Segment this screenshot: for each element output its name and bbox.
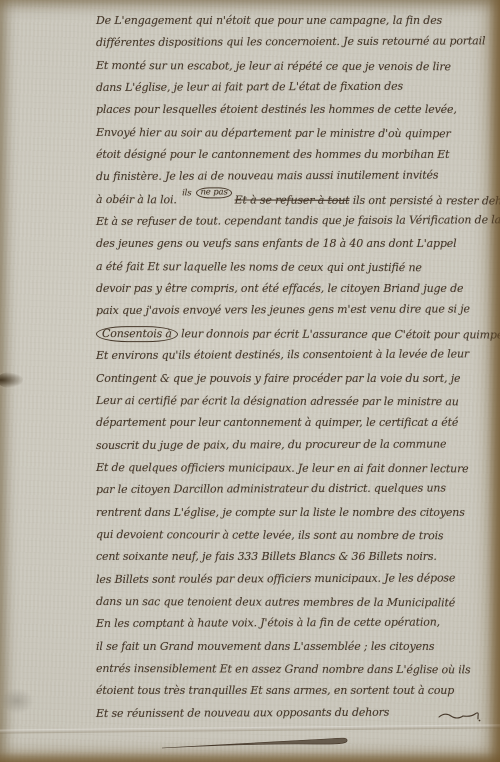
manuscript-line: paix que j'avois envoyé vers les jeunes …	[96, 299, 492, 323]
manuscript-line: Et environs qu'ils étoient destinés, ils…	[96, 343, 492, 367]
paper-tear	[0, 372, 23, 388]
manuscript-line: étoient tous très tranquilles Et sans ar…	[96, 680, 492, 702]
manuscript-segment: différentes dispositions qui les concern…	[96, 35, 485, 50]
manuscript-line: il se fait un Grand mouvement dans L'ass…	[96, 636, 492, 658]
manuscript-line: qui devoient concourir à cette levée, il…	[96, 524, 492, 548]
manuscript-segment: entrés insensiblement Et en assez Grand …	[96, 662, 471, 676]
manuscript-segment: Et monté sur un escabot, je leur ai répé…	[96, 59, 451, 73]
manuscript-segment: Envoyé hier au soir au département par l…	[96, 126, 451, 140]
manuscript-segment: des jeunes gens ou veufs sans enfants de…	[96, 237, 457, 250]
manuscript-line: En les comptant à haute voix. J'étois à …	[96, 612, 492, 636]
manuscript-segment: dans un sac que tenoient deux autres mem…	[96, 595, 455, 609]
manuscript-segment: souscrit du juge de paix, du maire, du p…	[96, 437, 446, 452]
manuscript-segment: à obéir à la loi.	[96, 193, 180, 206]
manuscript-segment: devoir pas y être compris, ont été effac…	[96, 282, 463, 295]
manuscript-segment: a été fait Et sur laquelle les noms de c…	[96, 260, 422, 274]
manuscript-segment: Et environs qu'ils étoient destinés, ils…	[96, 348, 469, 363]
manuscript-segment: Et de quelques officiers municipaux. Je …	[96, 461, 469, 475]
manuscript-segment: rentrent dans L'église, je compte sur la…	[96, 506, 465, 519]
manuscript-segment: ils ont persisté à rester dehors	[349, 194, 500, 208]
manuscript-line: différentes dispositions qui les concern…	[96, 31, 492, 55]
manuscript-segment: Leur ai certifié par écrit la désignatio…	[96, 394, 459, 408]
manuscript-segment: cent soixante neuf, je fais 333 Billets …	[96, 550, 437, 563]
manuscript-segment: Et à se refuser de tout.	[96, 215, 221, 229]
manuscript-line: par le citoyen Darcillon administrateur …	[96, 477, 492, 501]
manuscript-segment: département pour leur cantonnement à qui…	[96, 416, 458, 429]
manuscript-page: De L'engagement qui n'étoit que pour une…	[0, 0, 500, 762]
manuscript-segment: étoit désigné pour le cantonnement des h…	[96, 148, 449, 161]
manuscript-line: Et se réunissent de nouveau aux opposant…	[96, 701, 492, 725]
manuscript-segment: Et se réunissent de nouveau aux opposant…	[96, 705, 389, 719]
manuscript-segment: dans L'église, je leur ai fait part de L…	[96, 80, 403, 94]
manuscript-line: De L'engagement qui n'étoit que pour une…	[96, 10, 492, 32]
manuscript-segment: du finistère. Je les ai de nouveau mais …	[96, 169, 438, 183]
manuscript-segment: De L'engagement qui n'étoit que pour une…	[96, 14, 442, 27]
paper-fold-crease	[0, 724, 500, 733]
manuscript-line: département pour leur cantonnement à qui…	[96, 412, 492, 434]
manuscript-line: souscrit du juge de paix, du maire, du p…	[96, 433, 492, 457]
manuscript-line: entrés insensiblement Et en assez Grand …	[96, 658, 492, 682]
manuscript-line: Et à se refuser de tout. cependant tandi…	[96, 209, 492, 233]
ink-showthrough-smudge	[0, 688, 34, 714]
manuscript-segment: il se fait un Grand mouvement dans L'ass…	[96, 640, 434, 653]
manuscript-segment: En les comptant à haute voix. J'étois à …	[96, 616, 440, 631]
manuscript-segment: places pour lesquelles étoient destinés …	[96, 103, 457, 116]
manuscript-segment: Contingent & que je pouvois y faire proc…	[96, 372, 460, 385]
manuscript-line: places pour lesquelles étoient destinés …	[96, 99, 492, 121]
manuscript-line: les Billets sont roulés par deux officie…	[96, 567, 492, 591]
manuscript-line: a été fait Et sur laquelle les noms de c…	[96, 256, 492, 280]
manuscript-segment: qui devoient concourir à cette levée, il…	[96, 528, 443, 542]
manuscript-text: De L'engagement qui n'étoit que pour une…	[96, 10, 492, 725]
manuscript-segment-sup-circled: ne pas	[196, 187, 231, 198]
manuscript-line: Leur ai certifié par écrit la désignatio…	[96, 390, 492, 414]
manuscript-line: devoir pas y être compris, ont été effac…	[96, 278, 492, 300]
manuscript-line: étoit désigné pour le cantonnement des h…	[96, 144, 492, 166]
manuscript-segment: par le citoyen Darcillon administrateur …	[96, 482, 446, 497]
manuscript-line: dans L'église, je leur ai fait part de L…	[96, 75, 492, 99]
manuscript-segment-sup: ils	[182, 182, 191, 204]
manuscript-segment: paix que j'avois envoyé vers les jeunes …	[96, 303, 470, 318]
manuscript-segment: cependant tandis que je faisois la Vérif…	[221, 213, 500, 228]
paper-edge-bottom	[0, 752, 500, 762]
manuscript-segment: étoient tous très tranquilles Et sans ar…	[96, 684, 454, 697]
manuscript-line: cent soixante neuf, je fais 333 Billets …	[96, 546, 492, 568]
flourish-line	[158, 733, 358, 753]
manuscript-line: des jeunes gens ou veufs sans enfants de…	[96, 233, 492, 255]
manuscript-line: du finistère. Je les ai de nouveau mais …	[96, 165, 492, 189]
manuscript-segment-circled: Consentois à	[96, 326, 178, 342]
manuscript-segment-struck: Et à se refuser à tout	[235, 193, 350, 206]
manuscript-segment: les Billets sont roulés par deux officie…	[96, 571, 455, 586]
manuscript-segment: leur donnois par écrit L'assurance que C…	[178, 327, 500, 341]
manuscript-line: rentrent dans L'église, je compte sur la…	[96, 502, 492, 524]
manuscript-line: Contingent & que je pouvois y faire proc…	[96, 368, 492, 390]
manuscript-line: Envoyé hier au soir au département par l…	[96, 122, 492, 146]
